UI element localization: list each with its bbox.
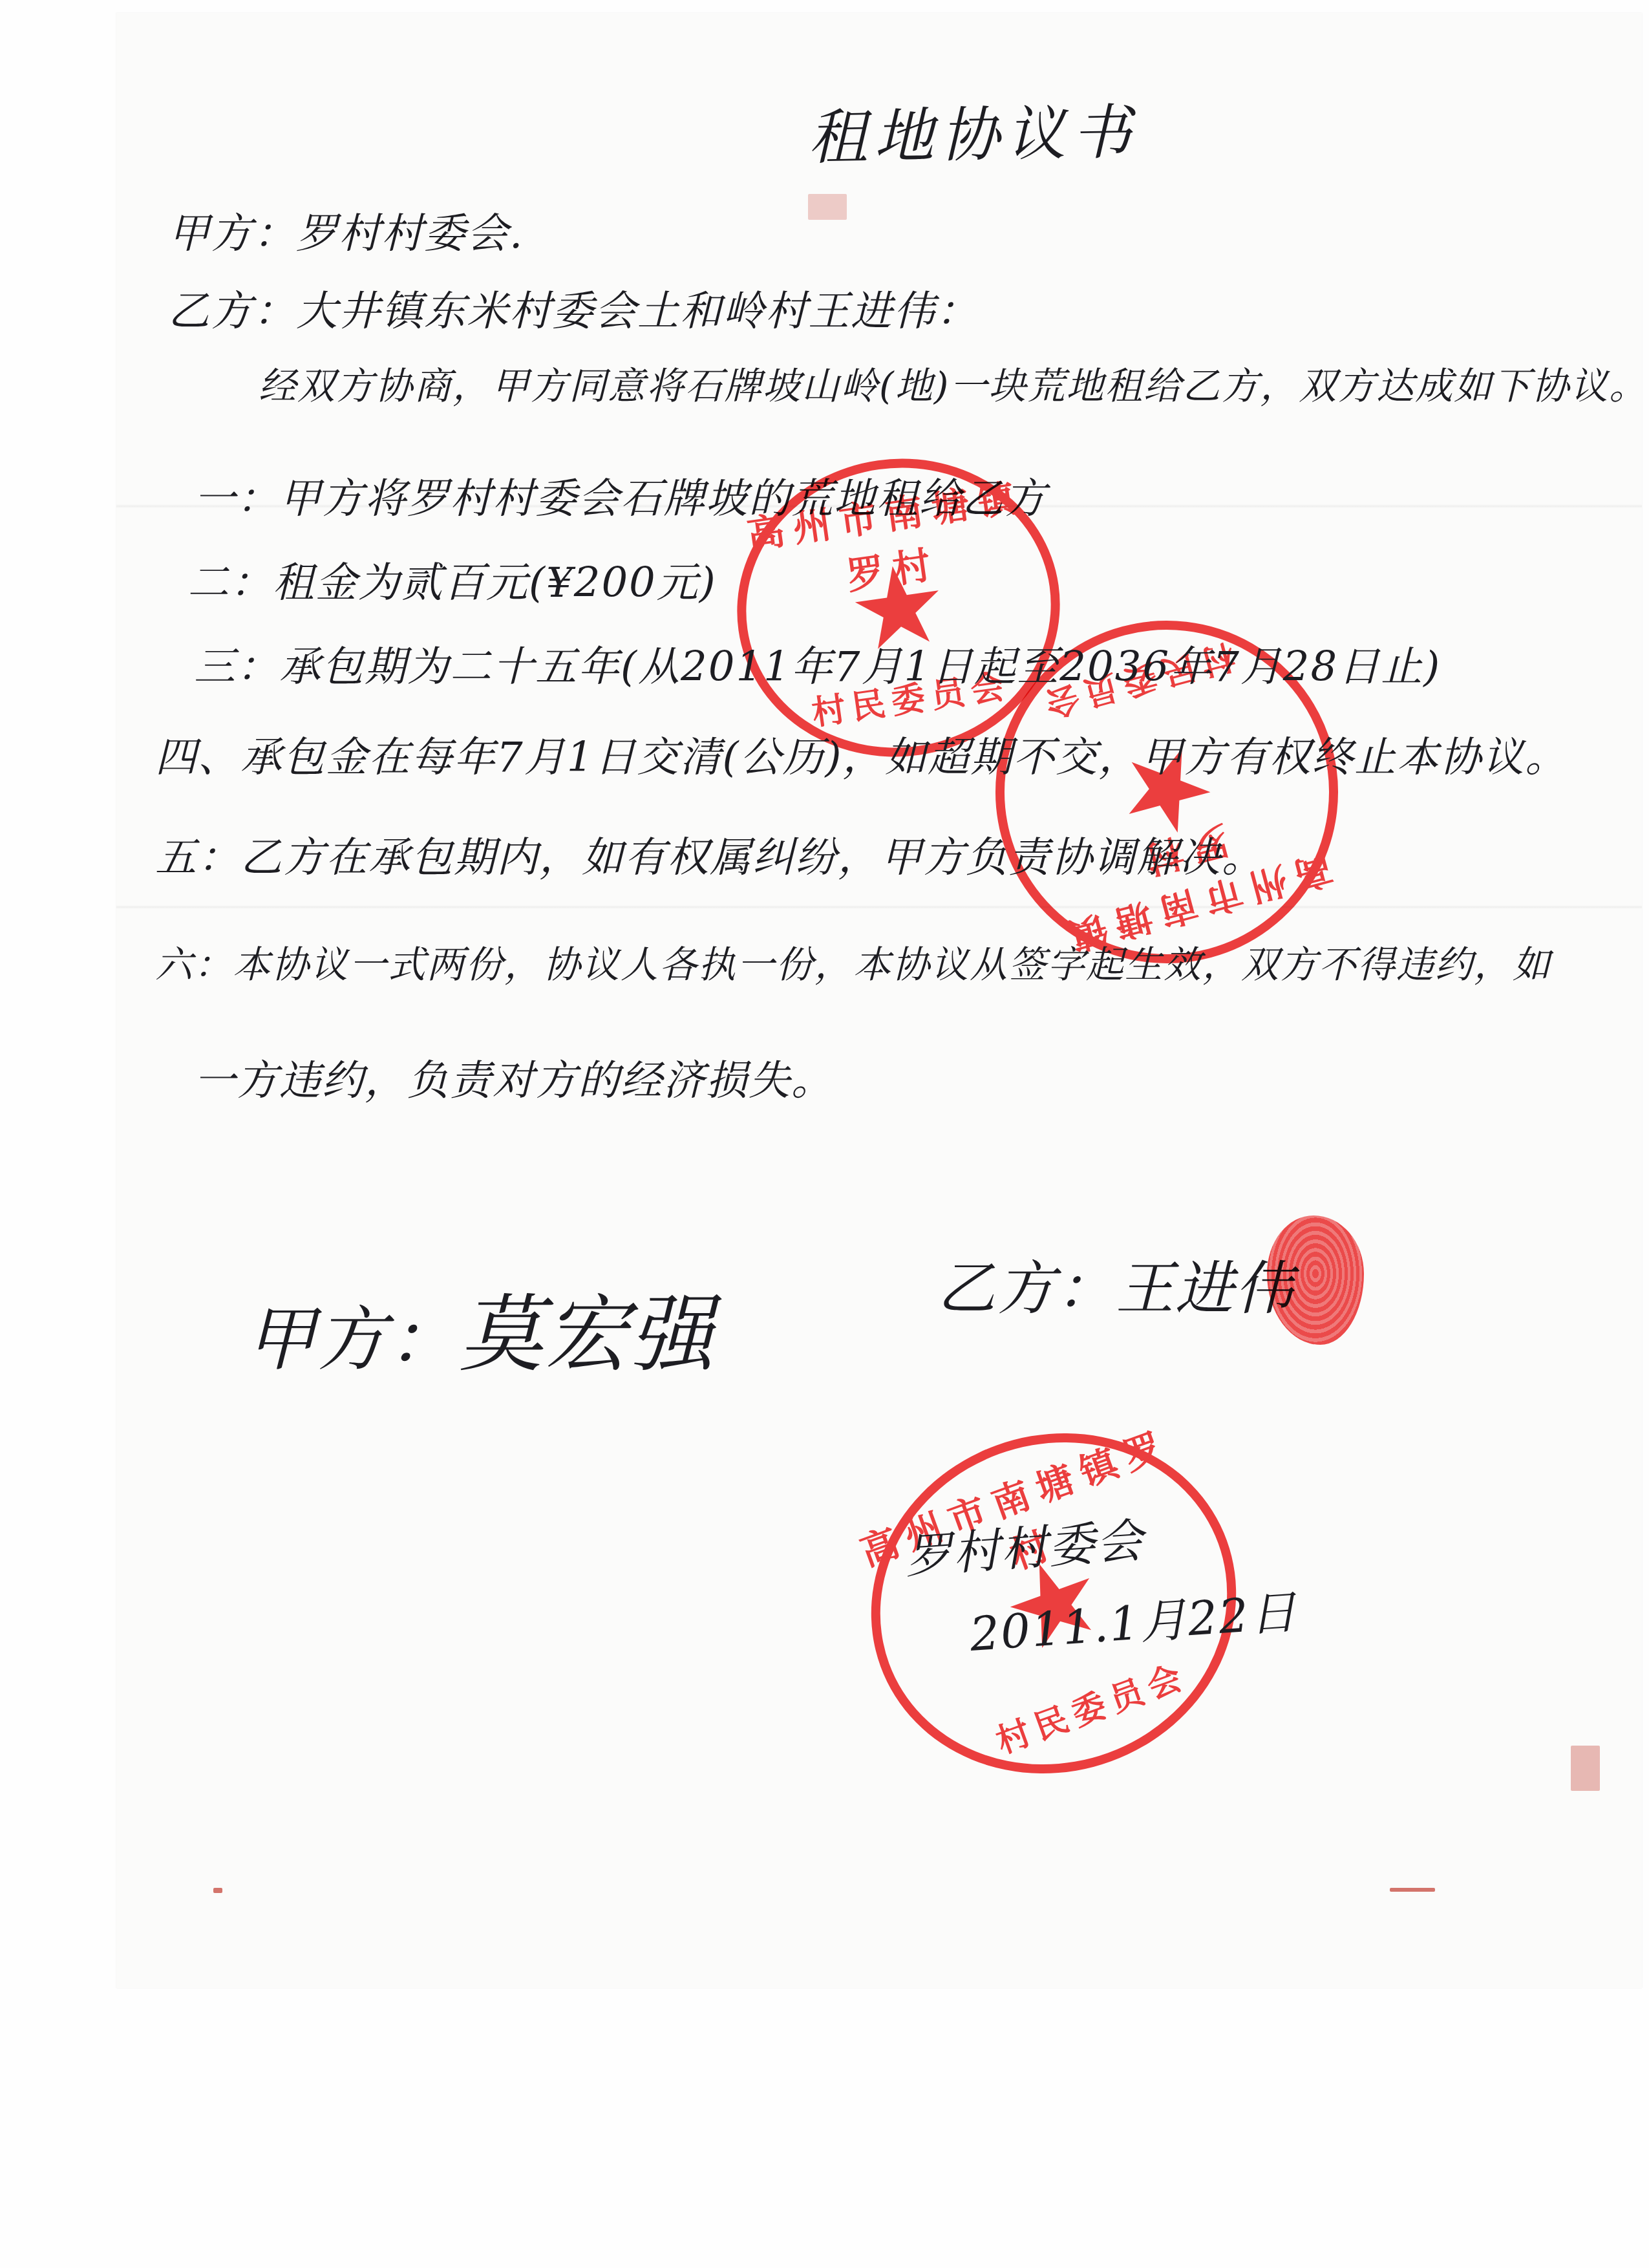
party-b-signature: 乙方：王进伟: [937, 1241, 1294, 1325]
clause-5: 五：乙方在承包期内，如有权属纠纷，甲方负责协调解决。: [155, 824, 1264, 884]
paper-fold-line: [116, 905, 1642, 909]
ink-speck: [1390, 1888, 1435, 1892]
ink-smudge: [1571, 1746, 1600, 1791]
preamble: 经双方协商，甲方同意将石牌坡山岭(地)一块荒地租给乙方，双方达成如下协议。: [259, 356, 1648, 410]
party-b-line: 乙方：大井镇东米村委会土和岭村王进伟：: [168, 278, 979, 337]
party-a-signature: 甲方：莫宏强: [246, 1267, 715, 1388]
ink-smudge: [808, 194, 847, 220]
party-a-name: 莫宏强: [459, 1285, 715, 1384]
clause-2: 二：租金为贰百元(¥200元): [187, 550, 717, 609]
clause-4: 四、承包金在每年7月1日交清(公历)，如超期不交，甲方有权终止本协议。: [155, 724, 1568, 784]
party-b-label: 乙方：: [937, 1255, 1116, 1323]
party-a-line: 甲方：罗村村委会.: [168, 200, 524, 260]
ink-speck: [213, 1888, 222, 1893]
clause-6: 六：本协议一式两份，协议人各执一份，本协议从签字起生效，双方不得违约，如: [155, 934, 1551, 989]
clause-3: 三：承包期为二十五年(从2011年7月1日起至2036年7月28日止): [194, 634, 1441, 693]
party-a-label: 甲方：: [246, 1300, 459, 1380]
clause-6-continued: 一方违约，负责对方的经济损失。: [194, 1047, 834, 1107]
document-title: 租地协议书: [807, 85, 1138, 176]
